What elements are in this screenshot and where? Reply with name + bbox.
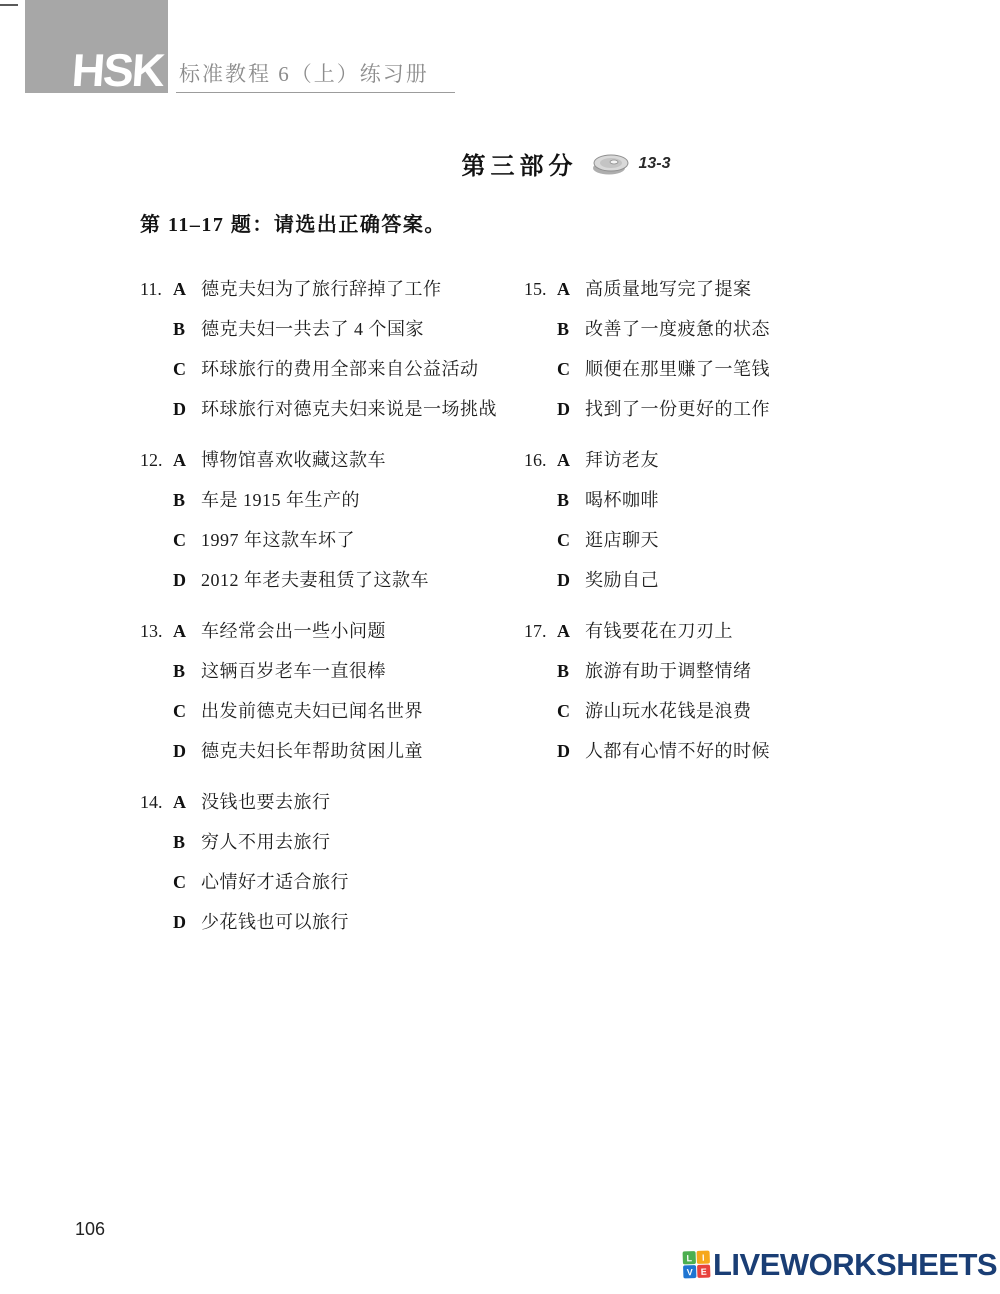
- audio-track-chip: 13-3: [591, 151, 670, 177]
- option-letter: D: [557, 739, 585, 763]
- option-row[interactable]: 12. A 博物馆喜欢收藏这款车: [140, 448, 524, 488]
- questions-column-left: 11. A 德克夫妇为了旅行辞掉了工作 B 德克夫妇一共去了 4 个国家 C 环…: [140, 277, 524, 961]
- worksheet-page: HSK 标准教程 6（上）练习册 第三部分 13-3 第 11–17 题：请选出…: [0, 0, 1000, 1294]
- logo-square-e: E: [697, 1265, 710, 1278]
- option-row[interactable]: B 改善了一度疲惫的状态: [524, 317, 904, 357]
- option-letter: D: [173, 739, 201, 763]
- option-row[interactable]: C 游山玩水花钱是浪费: [524, 699, 904, 739]
- questions-column-right: 15. A 高质量地写完了提案 B 改善了一度疲惫的状态 C 顺便在那里赚了一笔…: [524, 277, 904, 790]
- option-text: 拜访老友: [585, 448, 659, 472]
- option-text: 旅游有助于调整情绪: [585, 659, 752, 683]
- question-number: 11.: [140, 277, 173, 301]
- option-row[interactable]: B 德克夫妇一共去了 4 个国家: [140, 317, 524, 357]
- option-row[interactable]: 14. A 没钱也要去旅行: [140, 790, 524, 830]
- option-row[interactable]: D 奖励自己: [524, 568, 904, 608]
- logo-square-l: L: [683, 1251, 696, 1264]
- question-number: 13.: [140, 619, 173, 643]
- hsk-logo-box: HSK: [25, 0, 168, 93]
- option-letter: D: [173, 910, 201, 934]
- audio-track-number: 13-3: [638, 155, 670, 173]
- option-letter: D: [173, 568, 201, 592]
- option-letter: A: [173, 790, 201, 814]
- option-row[interactable]: B 穷人不用去旅行: [140, 830, 524, 870]
- option-text: 喝杯咖啡: [585, 488, 659, 512]
- option-text: 德克夫妇为了旅行辞掉了工作: [201, 277, 442, 301]
- option-text: 德克夫妇长年帮助贫困儿童: [201, 739, 423, 763]
- liveworksheets-logo[interactable]: L I V E LIVEWORKSHEETS: [683, 1249, 997, 1280]
- option-text: 找到了一份更好的工作: [585, 397, 770, 421]
- option-row[interactable]: D 少花钱也可以旅行: [140, 910, 524, 950]
- option-letter: B: [557, 317, 585, 341]
- option-text: 车经常会出一些小问题: [201, 619, 386, 643]
- option-letter: C: [173, 528, 201, 552]
- option-row[interactable]: 11. A 德克夫妇为了旅行辞掉了工作: [140, 277, 524, 317]
- option-letter: D: [557, 397, 585, 421]
- option-row[interactable]: 15. A 高质量地写完了提案: [524, 277, 904, 317]
- option-row[interactable]: D 找到了一份更好的工作: [524, 397, 904, 437]
- option-row[interactable]: C 1997 年这款车坏了: [140, 528, 524, 568]
- option-letter: A: [557, 619, 585, 643]
- option-text: 心情好才适合旅行: [201, 870, 349, 894]
- option-row[interactable]: D 环球旅行对德克夫妇来说是一场挑战: [140, 397, 524, 437]
- option-letter: A: [557, 448, 585, 472]
- option-text: 逛店聊天: [585, 528, 659, 552]
- option-letter: A: [173, 619, 201, 643]
- option-text: 穷人不用去旅行: [201, 830, 331, 854]
- logo-square-i: I: [697, 1251, 710, 1264]
- option-text: 博物馆喜欢收藏这款车: [201, 448, 386, 472]
- option-row[interactable]: C 环球旅行的费用全部来自公益活动: [140, 357, 524, 397]
- option-text: 德克夫妇一共去了 4 个国家: [201, 317, 424, 341]
- book-title: 标准教程 6（上）练习册: [179, 58, 429, 88]
- option-row[interactable]: C 出发前德克夫妇已闻名世界: [140, 699, 524, 739]
- page-number: 106: [75, 1219, 105, 1240]
- question-16: 16. A 拜访老友 B 喝杯咖啡 C 逛店聊天 D 奖励自己: [524, 448, 904, 608]
- option-text: 游山玩水花钱是浪费: [585, 699, 752, 723]
- scan-edge-mark: [0, 4, 18, 6]
- option-row[interactable]: D 2012 年老夫妻租赁了这款车: [140, 568, 524, 608]
- option-letter: B: [173, 317, 201, 341]
- option-letter: B: [173, 659, 201, 683]
- option-letter: B: [173, 830, 201, 854]
- option-letter: A: [173, 448, 201, 472]
- option-text: 高质量地写完了提案: [585, 277, 752, 301]
- question-17: 17. A 有钱要花在刀刃上 B 旅游有助于调整情绪 C 游山玩水花钱是浪费 D…: [524, 619, 904, 779]
- option-row[interactable]: D 德克夫妇长年帮助贫困儿童: [140, 739, 524, 779]
- question-15: 15. A 高质量地写完了提案 B 改善了一度疲惫的状态 C 顺便在那里赚了一笔…: [524, 277, 904, 437]
- cd-disc-icon: [591, 151, 631, 177]
- question-12: 12. A 博物馆喜欢收藏这款车 B 车是 1915 年生产的 C 1997 年…: [140, 448, 524, 608]
- option-letter: B: [173, 488, 201, 512]
- hsk-logo: HSK: [70, 47, 164, 93]
- question-11: 11. A 德克夫妇为了旅行辞掉了工作 B 德克夫妇一共去了 4 个国家 C 环…: [140, 277, 524, 437]
- option-text: 没钱也要去旅行: [201, 790, 331, 814]
- option-text: 有钱要花在刀刃上: [585, 619, 733, 643]
- option-row[interactable]: 17. A 有钱要花在刀刃上: [524, 619, 904, 659]
- option-text: 1997 年这款车坏了: [201, 528, 355, 552]
- option-row[interactable]: 13. A 车经常会出一些小问题: [140, 619, 524, 659]
- liveworksheets-grid-icon: L I V E: [683, 1251, 711, 1279]
- option-text: 这辆百岁老车一直很棒: [201, 659, 386, 683]
- question-number: 15.: [524, 277, 557, 301]
- option-text: 2012 年老夫妻租赁了这款车: [201, 568, 429, 592]
- question-number: 17.: [524, 619, 557, 643]
- option-letter: C: [557, 699, 585, 723]
- option-letter: B: [557, 488, 585, 512]
- option-text: 人都有心情不好的时候: [585, 739, 770, 763]
- option-text: 出发前德克夫妇已闻名世界: [201, 699, 423, 723]
- liveworksheets-wordmark: LIVEWORKSHEETS: [713, 1249, 997, 1280]
- option-row[interactable]: B 车是 1915 年生产的: [140, 488, 524, 528]
- option-letter: C: [557, 528, 585, 552]
- option-letter: C: [173, 357, 201, 381]
- option-letter: B: [557, 659, 585, 683]
- option-text: 车是 1915 年生产的: [201, 488, 360, 512]
- option-row[interactable]: B 旅游有助于调整情绪: [524, 659, 904, 699]
- option-text: 环球旅行的费用全部来自公益活动: [201, 357, 479, 381]
- question-number: 14.: [140, 790, 173, 814]
- instruction-text: 第 11–17 题：请选出正确答案。: [140, 208, 446, 237]
- header-divider: [176, 92, 455, 93]
- option-text: 奖励自己: [585, 568, 659, 592]
- option-letter: C: [173, 699, 201, 723]
- question-13: 13. A 车经常会出一些小问题 B 这辆百岁老车一直很棒 C 出发前德克夫妇已…: [140, 619, 524, 779]
- question-number: 16.: [524, 448, 557, 472]
- option-row[interactable]: D 人都有心情不好的时候: [524, 739, 904, 779]
- option-letter: A: [173, 277, 201, 301]
- option-row[interactable]: 16. A 拜访老友: [524, 448, 904, 488]
- option-row[interactable]: C 顺便在那里赚了一笔钱: [524, 357, 904, 397]
- option-text: 少花钱也可以旅行: [201, 910, 349, 934]
- question-14: 14. A 没钱也要去旅行 B 穷人不用去旅行 C 心情好才适合旅行 D 少花钱…: [140, 790, 524, 950]
- option-text: 环球旅行对德克夫妇来说是一场挑战: [201, 397, 497, 421]
- option-letter: C: [557, 357, 585, 381]
- option-row[interactable]: C 逛店聊天: [524, 528, 904, 568]
- option-letter: D: [173, 397, 201, 421]
- section-header: 第三部分 13-3: [66, 146, 1000, 181]
- option-row[interactable]: B 喝杯咖啡: [524, 488, 904, 528]
- option-text: 顺便在那里赚了一笔钱: [585, 357, 770, 381]
- option-row[interactable]: C 心情好才适合旅行: [140, 870, 524, 910]
- option-text: 改善了一度疲惫的状态: [585, 317, 770, 341]
- logo-square-v: V: [683, 1265, 696, 1278]
- question-number: 12.: [140, 448, 173, 472]
- option-letter: A: [557, 277, 585, 301]
- option-row[interactable]: B 这辆百岁老车一直很棒: [140, 659, 524, 699]
- option-letter: D: [557, 568, 585, 592]
- section-title: 第三部分: [461, 146, 577, 181]
- option-letter: C: [173, 870, 201, 894]
